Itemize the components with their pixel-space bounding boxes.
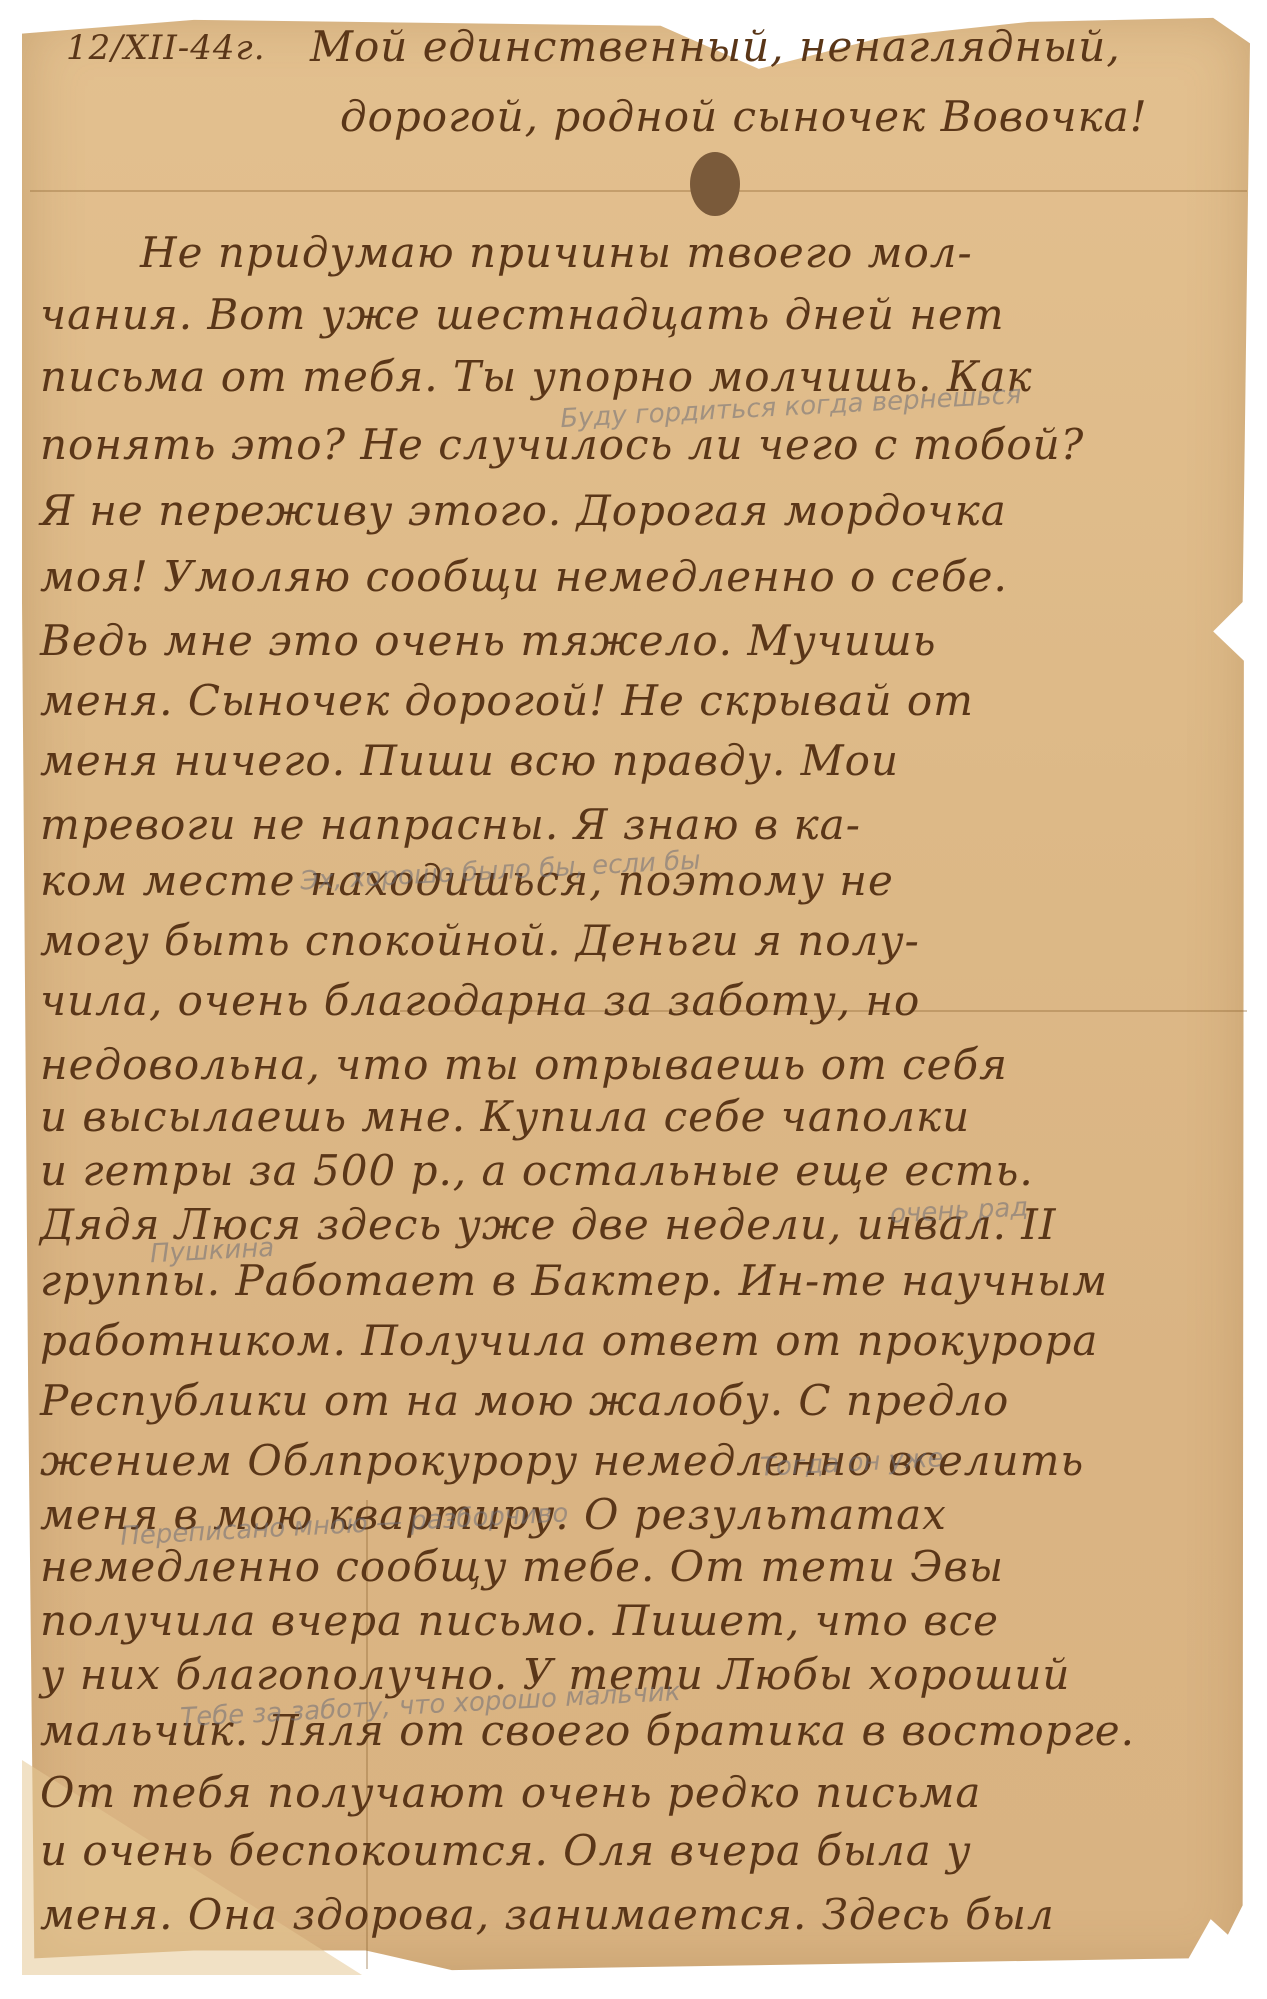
letter-line: чания. Вот уже шестнадцать дней нет (40, 290, 1005, 339)
letter-line: и гетры за 500 р., а остальные еще есть. (40, 1146, 1034, 1195)
salutation-line-2: дорогой, родной сыночек Вовочка! (340, 92, 1148, 141)
fold-crease (30, 190, 1247, 192)
letter-line: и очень беспокоится. Оля вчера была у (40, 1826, 972, 1875)
letter-line: чила, очень благодарна за заботу, но (40, 976, 920, 1025)
letter-line: моя! Умоляю сообщи немедленно о себе. (40, 552, 1008, 601)
letter-line: недовольна, что ты отрываешь от себя (40, 1040, 1008, 1089)
letter-line: немедленно сообщу тебе. От тети Эвы (40, 1542, 1004, 1591)
letter-line: Ведь мне это очень тяжело. Мучишь (40, 616, 937, 665)
letter-line: могу быть спокойной. Деньги я полу- (40, 916, 920, 965)
letter-line: меня. Сыночек дорогой! Не скрывай от (40, 676, 974, 725)
letter-line: и высылаешь мне. Купила себе чаполки (40, 1092, 970, 1141)
letter-date: 12/XII-44г. (66, 28, 266, 68)
letter-line: работником. Получила ответ от прокурора (40, 1316, 1098, 1365)
ink-stain (690, 152, 740, 216)
letter-line: Не придумаю причины твоего мол- (140, 228, 973, 277)
salutation-line-1: Мой единственный, ненаглядный, (310, 22, 1121, 71)
letter-line: меня. Она здорова, занимается. Здесь был (40, 1890, 1055, 1939)
letter-line: От тебя получают очень редко письма (40, 1768, 981, 1817)
letter-line: Республики от на мою жалобу. С предло (40, 1376, 1009, 1425)
letter-line: тревоги не напрасны. Я знаю в ка- (40, 800, 861, 849)
letter-line: Я не переживу этого. Дорогая мордочка (40, 486, 1007, 535)
letter-line: меня ничего. Пиши всю правду. Мои (40, 736, 899, 785)
letter-line: получила вчера письмо. Пишет, что все (40, 1596, 999, 1645)
